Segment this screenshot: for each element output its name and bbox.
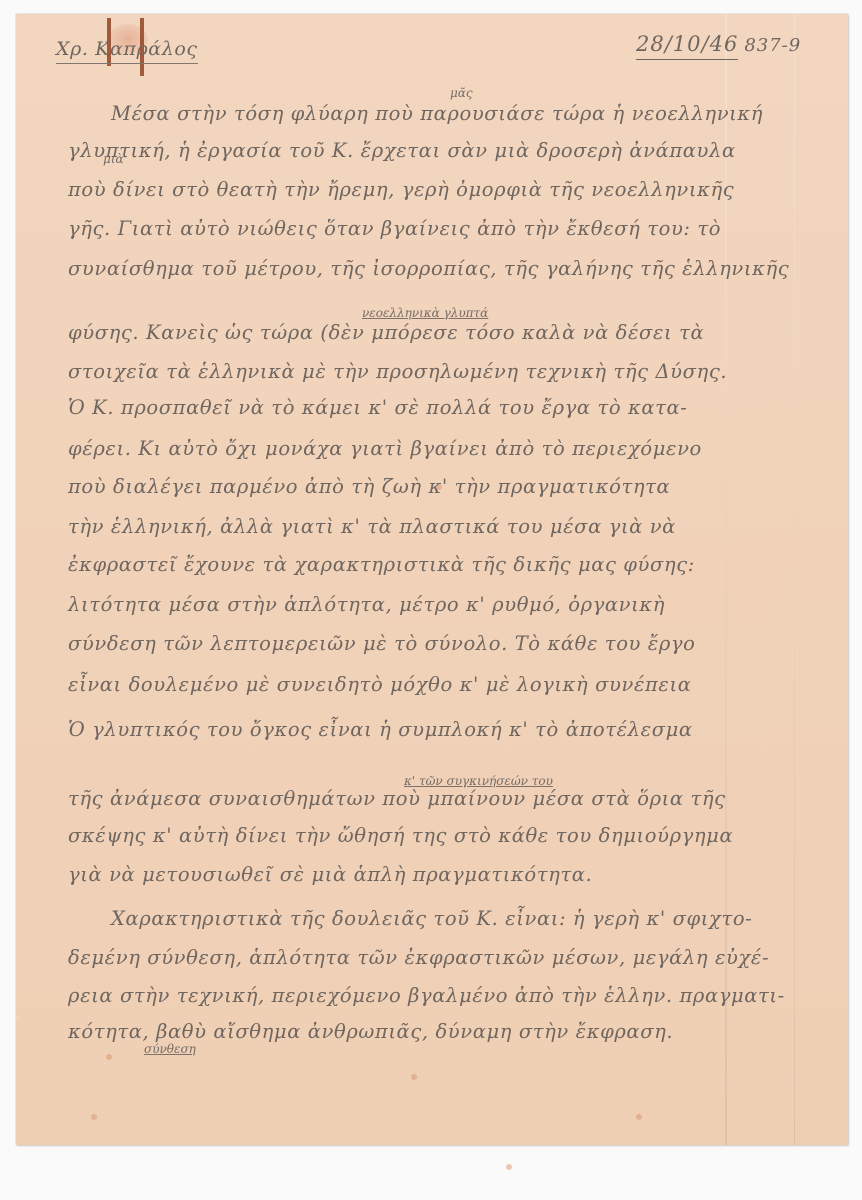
text-line: δεμένη σύνθεση, ἁπλότητα τῶν ἐκφραστικῶν… bbox=[68, 948, 769, 968]
insertion: κ' τῶν συγκινήσεών του bbox=[404, 774, 553, 788]
text-line: ἐκφραστεῖ ἔχουνε τὰ χαρακτηριστικὰ τῆς δ… bbox=[68, 555, 695, 575]
text-line: Ὁ Κ. προσπαθεῖ νὰ τὸ κάμει κ' σὲ πολλά τ… bbox=[68, 398, 688, 418]
foxing-spot bbox=[636, 1114, 642, 1120]
foxing-spot bbox=[91, 1114, 97, 1120]
text-line: τῆς ἀνάμεσα συναισθημάτων ποὺ μπαίνουν μ… bbox=[68, 789, 726, 809]
author-heading: Χρ. Καπράλος bbox=[56, 40, 198, 64]
text-line: Ὁ γλυπτικός του ὄγκος εἶναι ἡ συμπλοκή κ… bbox=[68, 720, 693, 740]
text-line: γλυπτική, ἡ ἐργασία τοῦ Κ. ἔρχεται σὰν μ… bbox=[68, 141, 736, 161]
paper-crease bbox=[16, 1017, 18, 1018]
text-line: γιὰ νὰ μετουσιωθεῖ σὲ μιὰ ἁπλὴ πραγματικ… bbox=[68, 865, 592, 885]
text-line: ποὺ δίνει στὸ θεατὴ τὴν ἤρεμη, γερὴ ὀμορ… bbox=[68, 180, 734, 200]
insertion: νεοελληνικὰ γλυπτά bbox=[362, 306, 488, 320]
text-line: φέρει. Κι αὐτὸ ὄχι μονάχα γιατὶ βγαίνει … bbox=[68, 439, 702, 459]
text-line: σύνδεση τῶν λεπτομερειῶν μὲ τὸ σύνολο. Τ… bbox=[68, 634, 696, 654]
text-line: τὴν ἑλληνική, ἀλλὰ γιατὶ κ' τὰ πλαστικά … bbox=[68, 517, 676, 537]
paper-crease bbox=[794, 14, 795, 1145]
text-line: φύσης. Κανεὶς ὡς τώρα (δὲν μπόρεσε τόσο … bbox=[68, 323, 704, 343]
text-line: σκέψης κ' αὐτὴ δίνει τὴν ὤθησή της στὸ κ… bbox=[68, 826, 733, 846]
text-line: συναίσθημα τοῦ μέτρου, τῆς ἰσορροπίας, τ… bbox=[68, 259, 789, 279]
text-line: γῆς. Γιατὶ αὐτὸ νιώθεις ὅταν βγαίνεις ἀπ… bbox=[68, 219, 721, 239]
foxing-spot bbox=[106, 1054, 112, 1060]
date-stamp: 28/10/46837-9 bbox=[636, 34, 801, 55]
insertion: μᾶς bbox=[450, 86, 473, 100]
text-line: εἶναι δουλεμένο μὲ συνειδητὸ μόχθο κ' μὲ… bbox=[68, 675, 692, 695]
date: 28/10/46 bbox=[636, 32, 738, 60]
text-line: Μέσα στὴν τόση φλύαρη ποὺ παρουσιάσε τώρ… bbox=[111, 104, 763, 124]
insertion: σύνθεση bbox=[144, 1042, 196, 1056]
foxing-spot bbox=[411, 1074, 417, 1080]
text-line: λιτότητα μέσα στὴν ἁπλότητα, μέτρο κ' ρυ… bbox=[68, 595, 665, 615]
foxing-spot bbox=[506, 1164, 512, 1170]
manuscript-page: Χρ. Καπράλος 28/10/46837-9 μᾶς μιὰ νεοελ… bbox=[16, 14, 848, 1145]
text-line: ποὺ διαλέγει παρμένο ἀπὸ τὴ ζωὴ κ' τὴν π… bbox=[68, 477, 670, 497]
text-line: στοιχεῖα τὰ ἑλληνικὰ μὲ τὴν προσηλωμένη … bbox=[68, 362, 727, 382]
text-line: κότητα, βαθὺ αἴσθημα ἀνθρωπιᾶς, δύναμη σ… bbox=[68, 1022, 673, 1042]
reference-number: 837-9 bbox=[744, 35, 801, 56]
text-line: ρεια στὴν τεχνική, περιεχόμενο βγαλμένο … bbox=[68, 986, 785, 1006]
text-line: Χαρακτηριστικὰ τῆς δουλειᾶς τοῦ Κ. εἶναι… bbox=[111, 909, 752, 929]
